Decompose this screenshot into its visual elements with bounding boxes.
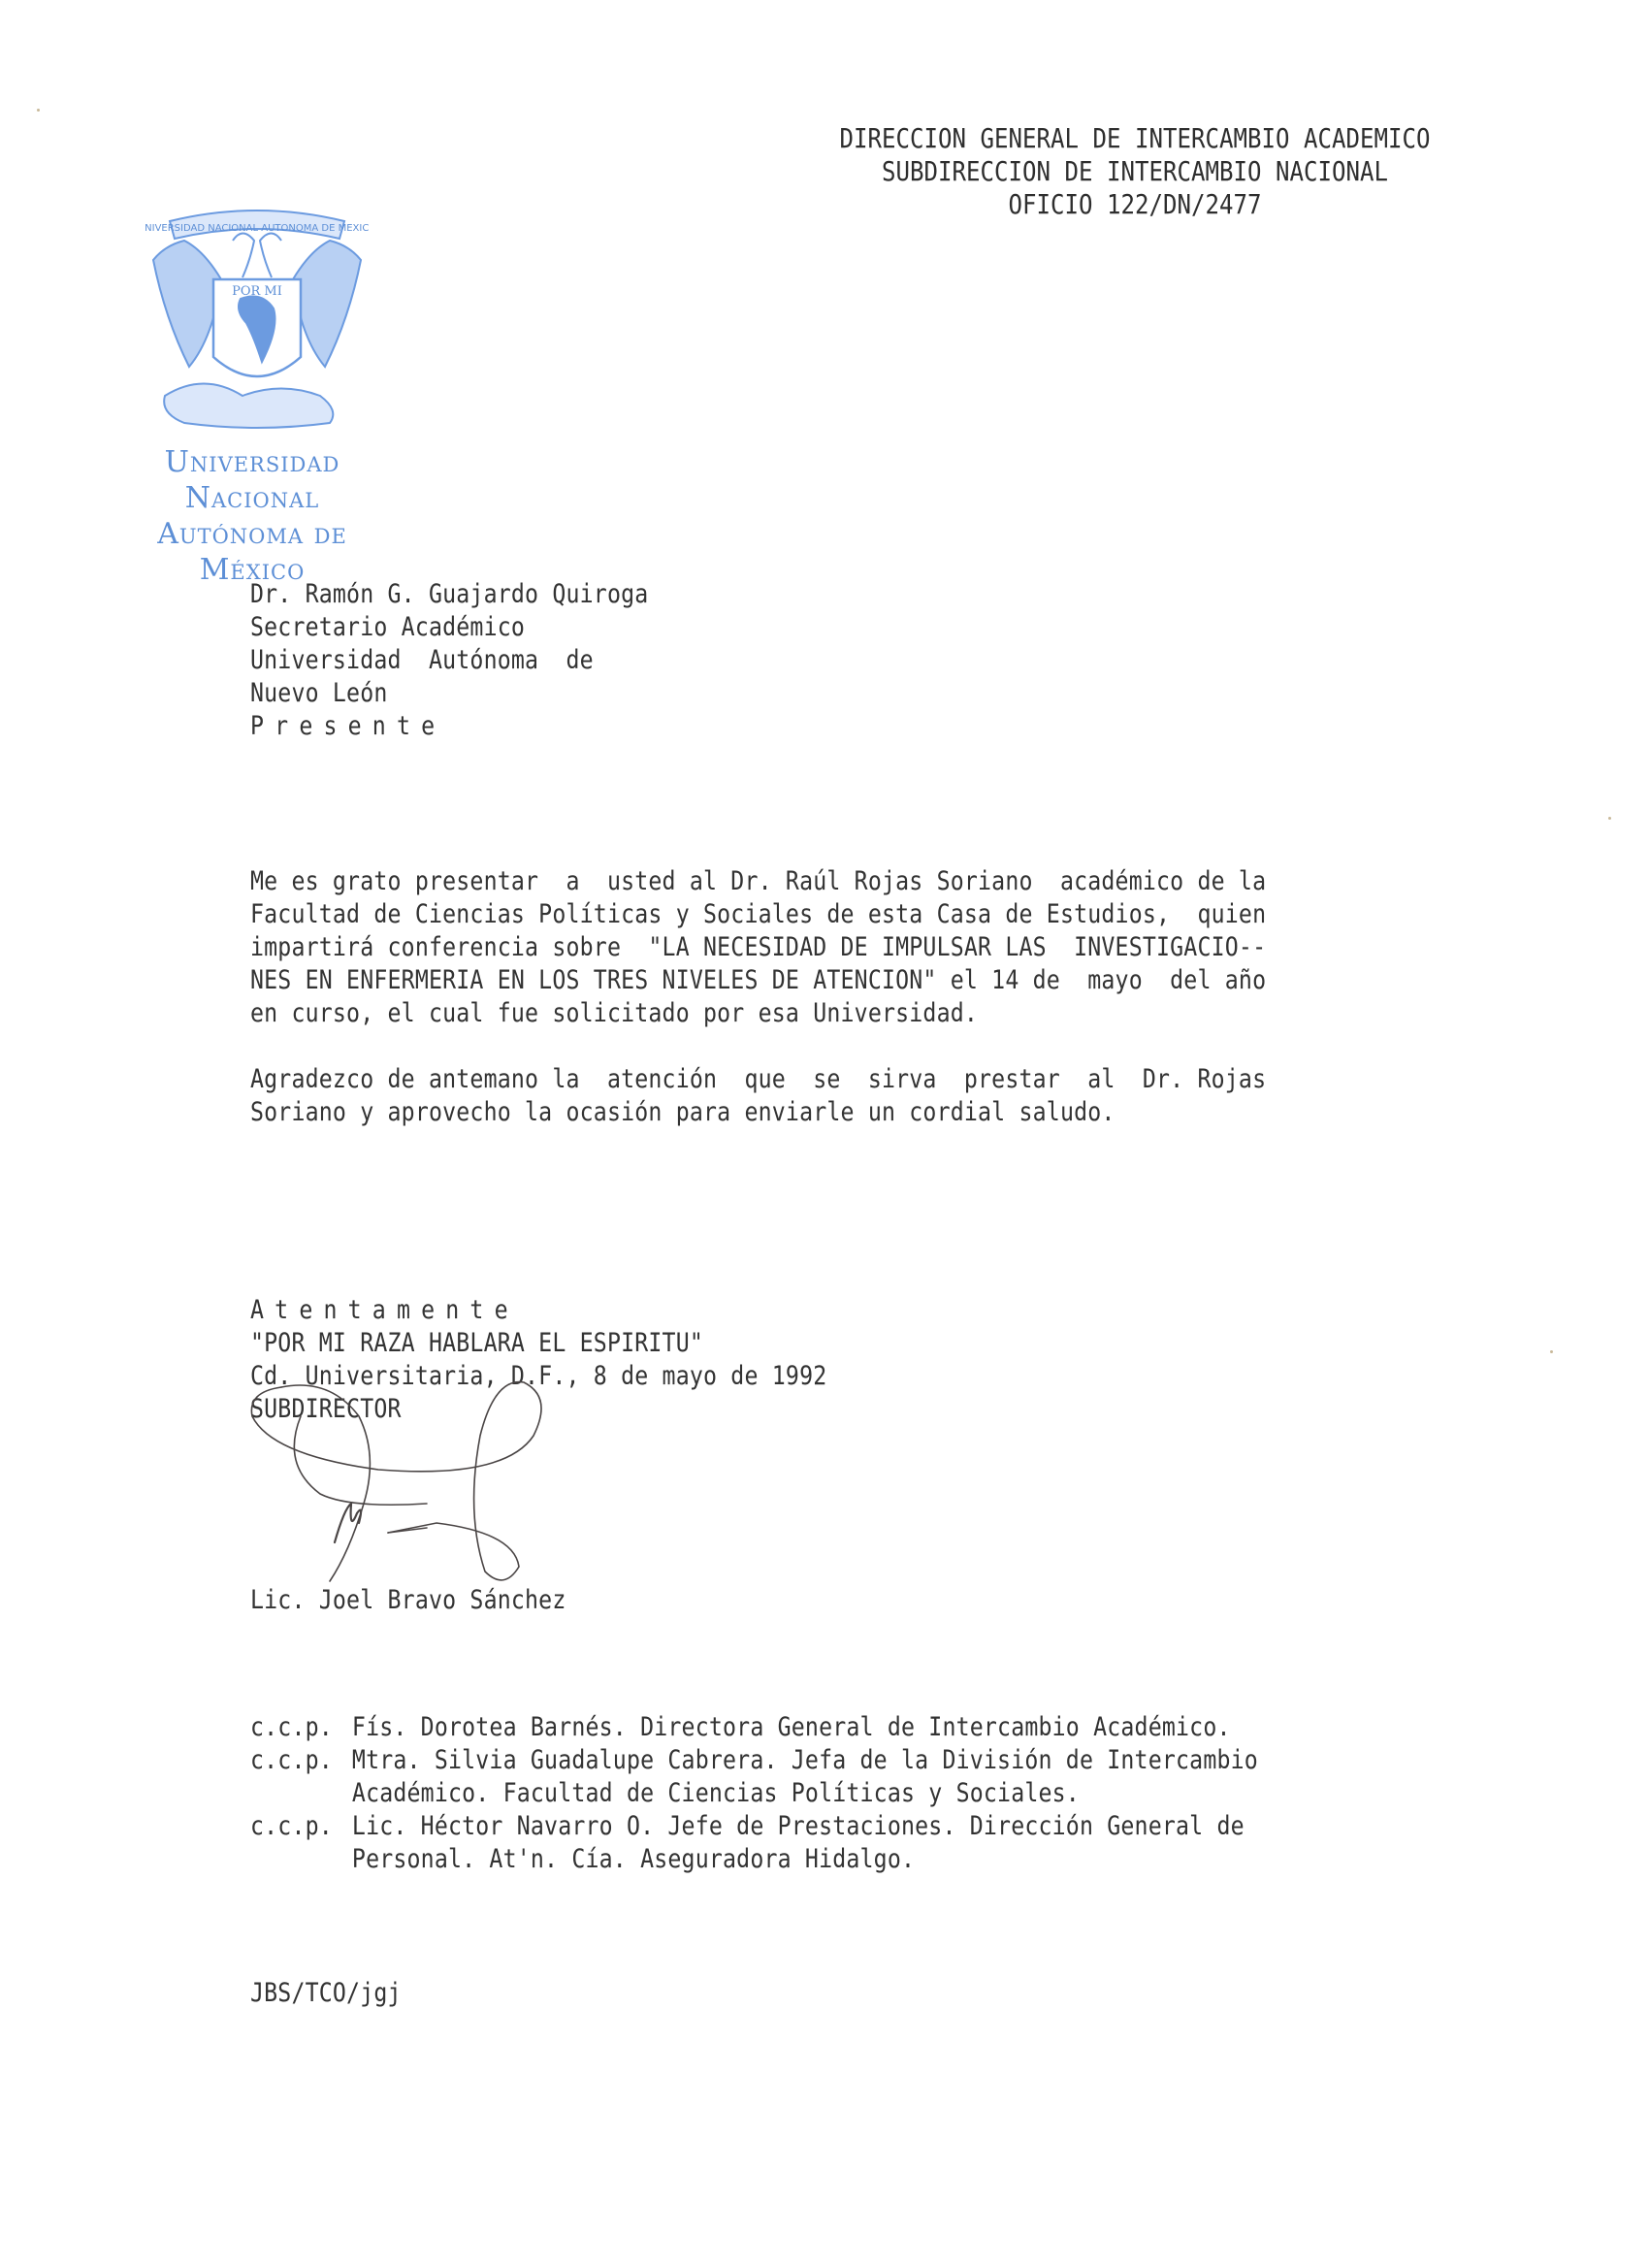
signer-name: Lic. Joel Bravo Sánchez [250, 1584, 566, 1617]
svg-text:UNIVERSIDAD NACIONAL AUTONOMA: UNIVERSIDAD NACIONAL AUTONOMA DE MEXICO [145, 223, 369, 234]
ccp-entry: c.c.p. Fís. Dorotea Barnés. Directora Ge… [250, 1711, 1335, 1744]
scan-speck [1550, 1350, 1553, 1353]
carbon-copy-list: c.c.p. Fís. Dorotea Barnés. Directora Ge… [250, 1711, 1335, 1876]
recipient-title: Secretario Académico [250, 611, 648, 644]
recipient-name: Dr. Ramón G. Guajardo Quiroga [250, 578, 648, 611]
university-seal-icon: UNIVERSIDAD NACIONAL AUTONOMA DE MEXICO … [145, 202, 369, 435]
recipient-address: Dr. Ramón G. Guajardo Quiroga Secretario… [250, 578, 648, 743]
body-paragraph-1: Me es grato presentar a usted al Dr. Raú… [250, 865, 1284, 1030]
university-motto: "POR MI RAZA HABLARA EL ESPIRITU" [250, 1327, 826, 1360]
svg-text:POR MI: POR MI [232, 284, 282, 299]
body-paragraph-2: Agradezco de antemano la atención que se… [250, 1063, 1284, 1129]
ccp-entry: c.c.p. Mtra. Silvia Guadalupe Cabrera. J… [250, 1744, 1335, 1810]
subdepartment-name: SUBDIRECCION DE INTERCAMBIO NACIONAL [818, 155, 1452, 188]
recipient-location: Nuevo León [250, 677, 648, 710]
scan-speck [1608, 817, 1611, 820]
department-name: DIRECCION GENERAL DE INTERCAMBIO ACADEMI… [818, 122, 1452, 155]
recipient-institution: Universidad Autónoma de [250, 644, 648, 677]
valediction: Atentamente [250, 1294, 826, 1327]
salutation: Presente [250, 710, 648, 743]
document-number: OFICIO 122/DN/2477 [818, 188, 1452, 221]
university-name: Universidad Nacional Autónoma de México [97, 444, 407, 588]
letterhead-header: DIRECCION GENERAL DE INTERCAMBIO ACADEMI… [766, 122, 1503, 221]
handwritten-signature-icon [242, 1377, 572, 1601]
reference-initials: JBS/TCO/jgj [250, 1977, 402, 2010]
scan-speck [37, 109, 40, 112]
ccp-entry: c.c.p. Lic. Héctor Navarro O. Jefe de Pr… [250, 1810, 1335, 1876]
